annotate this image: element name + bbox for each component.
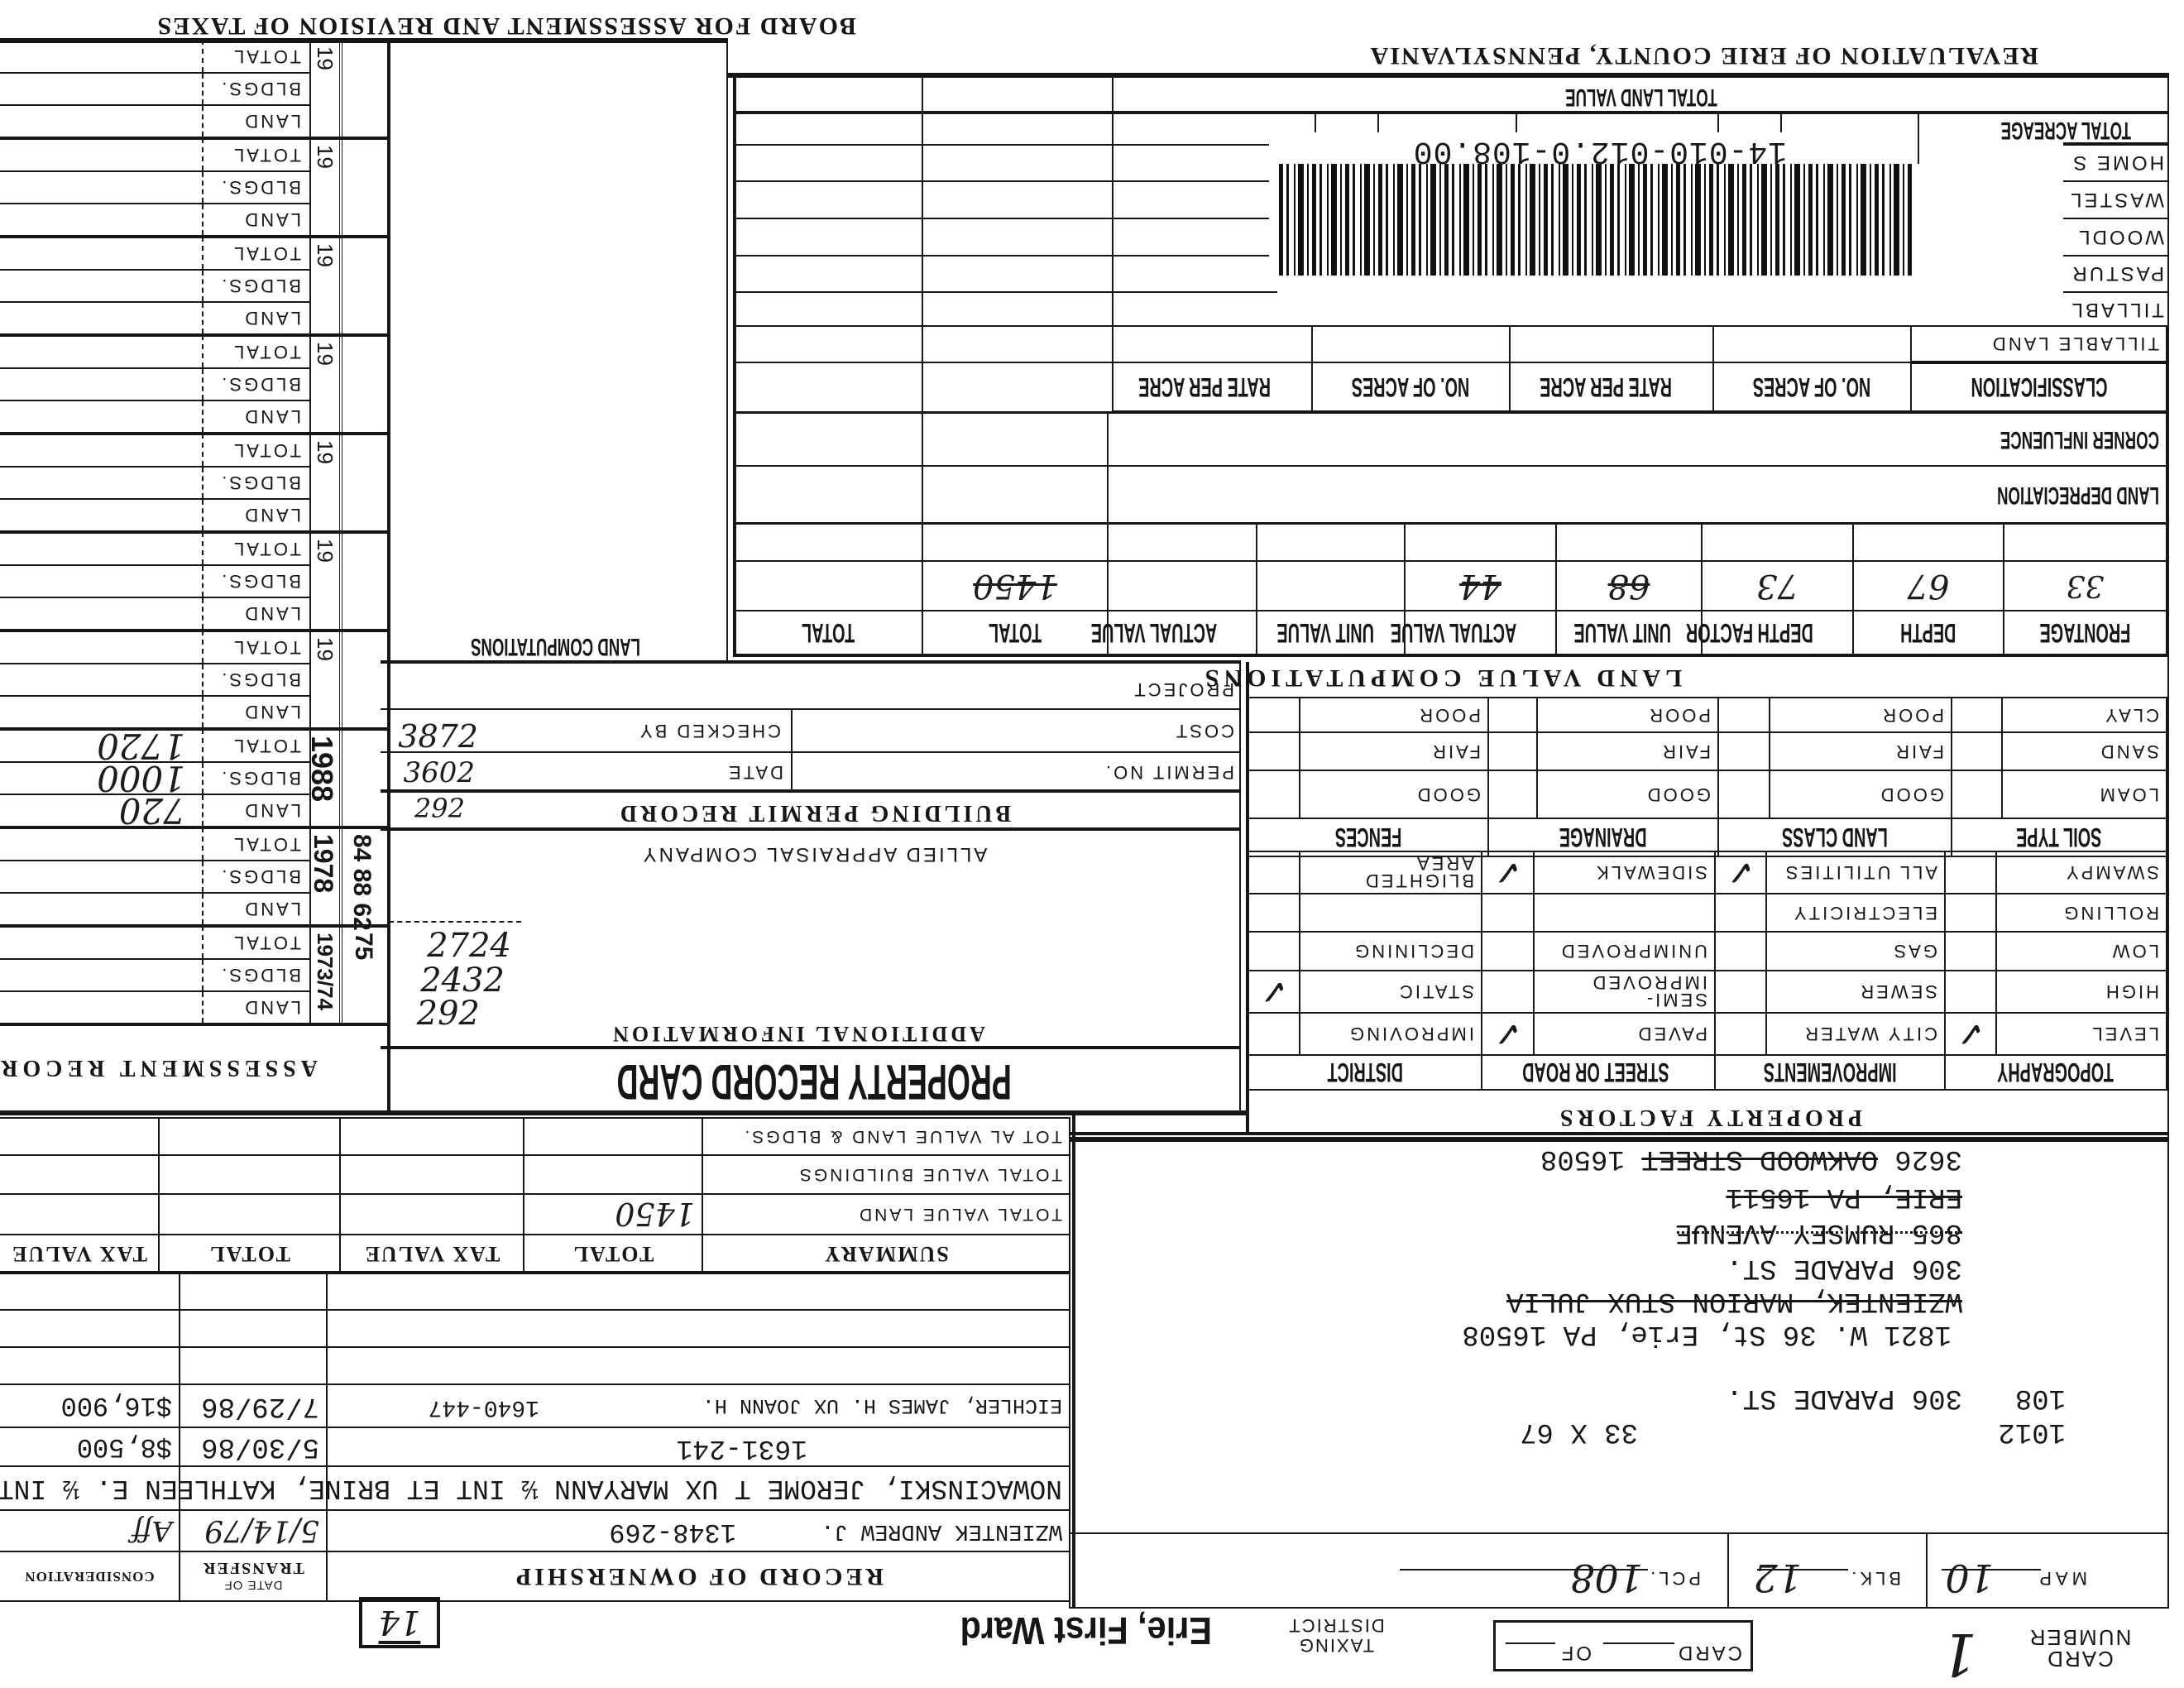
depth-factor-value: 73 xyxy=(1702,561,1853,611)
assessment-total-row: TOTAL xyxy=(0,532,309,564)
total-value: 1450 xyxy=(922,561,1108,611)
property-record-card-title: PROPERTY RECORD CARD xyxy=(387,1054,1241,1109)
assessment-stamp xyxy=(342,534,387,629)
land-class-box xyxy=(1718,770,1770,818)
checked-by-label: CHECKED BY xyxy=(638,720,781,741)
permit-no-label: PERMIT NO. xyxy=(1104,761,1234,783)
permit-note-text: 292 xyxy=(414,793,465,824)
card-number-value: 1 xyxy=(1940,1620,1977,1688)
unit-value-header: UNIT VALUE xyxy=(1257,611,1405,655)
assessment-year: 19 xyxy=(309,140,342,235)
acreage-label: HOME S xyxy=(2071,151,2164,174)
factor-label: IMPROVING xyxy=(1300,1013,1482,1055)
consideration xyxy=(0,1272,180,1310)
transfer-date xyxy=(180,1310,327,1347)
total-label: TOTAL xyxy=(202,729,309,761)
blank-cell xyxy=(734,413,922,466)
rule xyxy=(728,73,2169,78)
topography-header: TOPOGRAPHY xyxy=(1945,1055,2167,1090)
land-label: LAND xyxy=(202,401,309,432)
assessment-year-text: 19 xyxy=(313,145,338,169)
blk-label: BLK. xyxy=(1848,1567,1901,1589)
total-acreage-label-text: TOTAL ACREAGE xyxy=(2001,116,2131,144)
rule xyxy=(1069,1132,2169,1135)
summary-tax-value xyxy=(340,1118,524,1155)
assessment-total-row: TOTAL xyxy=(0,827,309,860)
total-value-2 xyxy=(734,561,922,611)
assessment-total-row: TOTAL xyxy=(0,335,309,367)
assessment-year: 19 xyxy=(309,238,342,333)
summary-label: TOTAL VALUE BUILDINGS xyxy=(702,1155,1070,1194)
land-computations-label-text: LAND COMPUTATIONS xyxy=(471,632,640,660)
blank-cell xyxy=(1405,523,1556,561)
pcl-value: 108 xyxy=(1570,1556,1643,1600)
frontage-header: FRONTAGE xyxy=(2004,611,2167,655)
blank-cell xyxy=(922,413,1108,466)
oakwood-zip: 16508 xyxy=(1540,1143,1625,1174)
transfer-date: 7/29/86 xyxy=(180,1384,327,1427)
unit-value-header-text: UNIT VALUE xyxy=(1276,617,1374,648)
corner-influence-row: CORNER INFLUENCE xyxy=(734,413,2167,466)
bldgs-label: BLDGS. xyxy=(202,861,309,892)
fences-box xyxy=(1248,770,1300,818)
assessment-year-text: 19 xyxy=(313,243,338,267)
consideration: $8,500 xyxy=(0,1427,180,1466)
factor-label: BLIGHTED AREA xyxy=(1300,851,1482,894)
actual-value-header-text: ACTUAL VALUE xyxy=(1391,617,1516,648)
rate-per-acre-header: RATE PER ACRE xyxy=(1510,362,1713,412)
blank-cell xyxy=(734,523,922,561)
land-value-data-row: 33 67 73 68 44 1450 xyxy=(734,561,2167,611)
summary-total xyxy=(524,1155,702,1194)
checked-by-note-text: 3872 xyxy=(398,718,478,755)
factor-label: SEMI-IMPROVED xyxy=(1534,971,1715,1013)
deed-book-page: 1640-447 xyxy=(429,1394,539,1420)
ward-box: 14 xyxy=(359,1597,440,1648)
rule xyxy=(2063,180,2167,182)
assessment-land-row: LAND xyxy=(0,400,309,432)
tax-value-header: TAX VALUE xyxy=(340,1235,524,1273)
card-number-label: CARD NUMBER xyxy=(2022,1627,2138,1670)
parcel-id: 14-010-012.0-108.00 xyxy=(1413,133,1787,169)
rule xyxy=(381,789,1241,793)
total-land-value-label-text: TOTAL LAND VALUE xyxy=(1565,83,1717,111)
assessment-year: 1988 xyxy=(309,731,342,826)
blank-cell xyxy=(734,362,922,412)
rule xyxy=(381,1046,1241,1049)
oakwood-number: 3626 xyxy=(1894,1143,1962,1174)
soil-type-header-text: SOIL TYPE xyxy=(2016,822,2101,853)
property-factors-row: ROLLING ELECTRICITY xyxy=(1248,894,2167,932)
assessment-year-text: 19 xyxy=(313,440,338,464)
consideration: Aff xyxy=(0,1510,180,1551)
check-mark-icon xyxy=(1248,932,1300,971)
summary-total xyxy=(524,1118,702,1155)
blank-cell xyxy=(1853,523,2004,561)
fences-label: FAIR xyxy=(1300,732,1488,770)
land-class-header-text: LAND CLASS xyxy=(1782,822,1888,853)
frontage-value: 33 xyxy=(2004,561,2167,611)
assessment-stamp xyxy=(342,140,387,235)
check-mark-icon xyxy=(1945,971,1996,1013)
tax-value-header: TAX VALUE xyxy=(0,1235,159,1273)
factor-label xyxy=(1300,894,1482,932)
assessment-bldgs-row: BLDGS. xyxy=(0,170,309,203)
bldgs-label: BLDGS. xyxy=(202,369,309,400)
rule xyxy=(381,708,1241,710)
rule xyxy=(1069,1137,2169,1142)
assessment-bldgs-row: BLDGS. xyxy=(0,466,309,498)
total-header-text: TOTAL xyxy=(989,617,1042,648)
owner-name: 1631-241 xyxy=(327,1427,1070,1466)
assessment-bldgs-row: BLDGS. xyxy=(0,269,309,301)
ownership-row xyxy=(0,1347,1070,1384)
assessment-group: 84 88 62 1978 LAND BLDGS. TOTAL xyxy=(0,829,387,928)
land-label: LAND xyxy=(202,598,309,629)
drainage-box xyxy=(1488,698,1537,732)
rate-per-acre-header-text: RATE PER ACRE xyxy=(1540,372,1672,402)
map-cell: MAP 10 xyxy=(1927,1533,2168,1608)
soil-type-header: SOIL TYPE xyxy=(1952,818,2167,856)
soil-table: SOIL TYPE LAND CLASS DRAINAGE FENCES LOA… xyxy=(1248,697,2167,857)
street-or-road-header: STREET OR ROAD xyxy=(1482,1055,1715,1090)
assessment-stamp xyxy=(342,731,387,826)
assessment-group: 19 LAND BLDGS. TOTAL xyxy=(0,238,387,337)
blank-cell xyxy=(1702,523,1853,561)
deed-book-page: 1631-241 xyxy=(677,1433,807,1464)
corner-influence-label: CORNER INFLUENCE xyxy=(1108,413,2167,466)
summary-tax-value-2 xyxy=(0,1118,159,1155)
drainage-box xyxy=(1488,770,1537,818)
blk-cell: BLK. 12 xyxy=(1728,1533,1927,1608)
land-label: LAND xyxy=(202,204,309,235)
property-factors-header-row: TOPOGRAPHY IMPROVEMENTS STREET OR ROAD D… xyxy=(1248,1055,2167,1090)
drainage-box xyxy=(1488,732,1537,770)
summary-tax-value xyxy=(340,1155,524,1194)
classification-table: CLASSIFICATION NO. OF ACRES RATE PER ACR… xyxy=(733,325,2167,414)
fences-header: FENCES xyxy=(1248,818,1488,856)
total-label: TOTAL xyxy=(202,631,309,663)
transfer-date xyxy=(180,1347,327,1384)
summary-row: TOT AL VALUE LAND & BLDGS. xyxy=(0,1118,1070,1155)
owner-name: WZIENTEK ANDREW J.1348-269 xyxy=(327,1510,1070,1551)
tillable-land-label: TILLABLE LAND xyxy=(1911,326,2167,362)
summary-tax-value-2 xyxy=(0,1155,159,1194)
total-value: 1720 xyxy=(97,726,185,766)
summary-label: TOTAL VALUE LAND xyxy=(702,1194,1070,1235)
rule xyxy=(2063,291,2167,293)
assessment-total-row: TOTAL xyxy=(0,926,309,958)
land-class-header: LAND CLASS xyxy=(1718,818,1952,856)
acreage-label: WASTEL xyxy=(2068,188,2164,211)
assessment-year: 19 xyxy=(309,435,342,530)
assessment-year: 19 xyxy=(309,632,342,727)
fences-label: POOR xyxy=(1300,698,1488,732)
of-label: OF xyxy=(1559,1641,1592,1664)
check-mark-icon: ✓ xyxy=(1945,1013,1996,1055)
assessment-total-row: TOTAL xyxy=(0,138,309,170)
total-acreage-label: TOTAL ACREAGE xyxy=(1921,116,2131,144)
classification-header: CLASSIFICATION xyxy=(1911,362,2167,412)
assessment-year-text: 19 xyxy=(313,46,338,70)
assessment-bldgs-row: BLDGS. xyxy=(0,367,309,400)
depth-header-text: DEPTH xyxy=(1900,617,1956,648)
fences-box xyxy=(1248,732,1300,770)
unit-value-2 xyxy=(1257,561,1405,611)
cost-label: COST xyxy=(1174,720,1234,741)
card-blank-line xyxy=(1603,1642,1674,1644)
assessment-land-row: LAND xyxy=(0,104,309,137)
rate-per-acre-header: RATE PER ACRE xyxy=(1113,362,1312,412)
check-mark-icon xyxy=(1715,971,1766,1013)
land-adjustments-table: LAND DEPRECIATION CORNER INFLUENCE xyxy=(733,412,2167,525)
summary-row: TOTAL VALUE LAND 1450 xyxy=(0,1194,1070,1235)
rule xyxy=(735,180,1277,182)
total-label: TOTAL xyxy=(202,138,309,170)
soil-row: LOAM GOOD GOOD GOOD xyxy=(1248,770,2167,818)
board-title: BOARD FOR ASSESSMENT AND REVISION OF TAX… xyxy=(156,12,856,40)
total-header: TOTAL xyxy=(734,611,922,655)
summary-label: TOT AL VALUE LAND & BLDGS. xyxy=(702,1118,1070,1155)
bldgs-label: BLDGS. xyxy=(202,664,309,695)
summary-table: SUMMARY TOTAL TAX VALUE TOTAL TAX VALUE … xyxy=(0,1117,1070,1274)
total-label: TOTAL xyxy=(202,237,309,269)
fences-label: GOOD xyxy=(1300,770,1488,818)
property-factors-row: LOW GAS UNIMPROVED DECLINING xyxy=(1248,932,2167,971)
factor-label xyxy=(1534,894,1715,932)
land-depreciation-row: LAND DEPRECIATION xyxy=(734,466,2167,524)
land-label: LAND xyxy=(202,500,309,530)
street-or-road-header-text: STREET OR ROAD xyxy=(1522,1057,1669,1088)
soil-box xyxy=(1952,698,2002,732)
checked-by-note: 3872 xyxy=(398,718,478,755)
assessment-stamp xyxy=(342,41,387,137)
ownership-row xyxy=(0,1272,1070,1310)
land-class-label: GOOD xyxy=(1770,770,1952,818)
property-factors-title: PROPERTY FACTORS xyxy=(1249,1104,2169,1130)
land-value-computations-title: LAND VALUE COMPUTATIONS xyxy=(713,664,2169,692)
blank-cell xyxy=(1713,326,1911,362)
rate-per-acre-header-text: RATE PER ACRE xyxy=(1138,372,1271,402)
assessment-land-row: LAND xyxy=(0,892,309,924)
rule xyxy=(735,144,1277,146)
unit-value-header: UNIT VALUE xyxy=(1556,611,1702,655)
assessment-group: 19 LAND BLDGS. TOTAL xyxy=(0,632,387,731)
factor-label: LEVEL xyxy=(1996,1013,2167,1055)
soil-header-row: SOIL TYPE LAND CLASS DRAINAGE FENCES xyxy=(1248,818,2167,856)
blank-cell xyxy=(922,326,1113,362)
factor-label: ALL UTILITIES xyxy=(1766,851,1945,894)
improvements-header-text: IMPROVEMENTS xyxy=(1764,1057,1897,1088)
land-label: LAND xyxy=(202,106,309,137)
assessment-stamp xyxy=(342,337,387,432)
consideration xyxy=(0,1347,180,1384)
of-blank-line xyxy=(1506,1642,1555,1644)
revaluation-title: REVALUATION OF ERIE COUNTY, PENNSYLVANIA xyxy=(1369,41,2038,70)
factor-label: UNIMPROVED xyxy=(1534,932,1715,971)
rule xyxy=(2167,78,2169,1609)
summary-total: 1450 xyxy=(524,1194,702,1235)
depth-value: 67 xyxy=(1853,561,2004,611)
blank-cell xyxy=(922,466,1108,524)
owner-name xyxy=(327,1347,1070,1384)
assessment-year: 19 xyxy=(309,337,342,432)
blank-cell xyxy=(2004,523,2167,561)
prior-address-line: 865 RUMSEY AVENUE xyxy=(1675,1217,1962,1247)
check-mark-icon xyxy=(1945,932,1996,971)
soil-label: SAND xyxy=(2002,732,2167,770)
assessment-group: 75 1973/74 LAND BLDGS. TOTAL xyxy=(0,928,387,1026)
actual-value-header: ACTUAL VALUE xyxy=(1108,611,1257,655)
consideration xyxy=(0,1310,180,1347)
land-label: LAND xyxy=(202,992,309,1023)
drainage-label: FAIR xyxy=(1537,732,1718,770)
depth-factor-header-text: DEPTH FACTOR xyxy=(1686,617,1813,648)
factor-label: PAVED xyxy=(1534,1013,1715,1055)
ownership-header-row: RECORD OF OWNERSHIP DATE OF TRANSFER CON… xyxy=(0,1551,1070,1601)
assessment-group: 19 LAND BLDGS. TOTAL xyxy=(0,337,387,435)
taxing-district-value: Erie, First Ward xyxy=(960,1609,1212,1653)
improvements-header: IMPROVEMENTS xyxy=(1715,1055,1945,1090)
additional-note-text: 2724 xyxy=(427,927,511,965)
additional-information-label: ADDITIONAL INFORMATION xyxy=(371,1021,1224,1046)
lot-number: 1012 xyxy=(1998,1417,2066,1446)
bldgs-label: BLDGS. xyxy=(202,74,309,104)
assessment-total-row: TOTAL xyxy=(0,434,309,466)
ownership-row xyxy=(0,1310,1070,1347)
bldgs-label: BLDGS. xyxy=(202,763,309,794)
no-of-acres-header: NO. OF ACRES xyxy=(1312,362,1510,412)
property-record-card-title-text: PROPERTY RECORD CARD xyxy=(616,1054,1011,1109)
rule xyxy=(1249,697,2169,698)
fences-header-text: FENCES xyxy=(1335,822,1401,853)
soil-box xyxy=(1952,770,2002,818)
ownership-row: NOWACINSKI, JEROME T UX MARYANN ½ INT ET… xyxy=(0,1466,1070,1510)
land-computations-label: LAND COMPUTATIONS xyxy=(366,632,640,660)
parcel-table: MAP 10 BLK. 12 PCL. 108 xyxy=(1069,1532,2169,1609)
mailing-address: 1821 W. 36 St, Erie, PA 16508 xyxy=(1462,1319,1952,1349)
date-of-label: DATE OF xyxy=(187,1576,319,1593)
depth-header: DEPTH xyxy=(1853,611,2004,655)
assessment-record-title: ASSESSMENT RECORD xyxy=(0,1054,318,1081)
ownership-title: RECORD OF OWNERSHIP xyxy=(327,1551,1070,1601)
permit-note: 292 xyxy=(414,793,465,824)
appraiser-name: ALLIED APPRAISAL COMPANY xyxy=(387,842,1241,866)
property-record-card-scan: CARD NUMBER 1 CARD OF TAXING DISTRICT Er… xyxy=(0,0,2184,1688)
drainage-label: POOR xyxy=(1537,698,1718,732)
summary-tax-value xyxy=(340,1194,524,1235)
assessment-bldgs-row: BLDGS. xyxy=(0,663,309,695)
factor-label: ROLLING xyxy=(1996,894,2167,932)
factor-label: GAS xyxy=(1766,932,1945,971)
blank-cell xyxy=(922,362,1113,412)
property-factors-row: LEVEL✓ CITY WATER PAVED✓ IMPROVING xyxy=(1248,1013,2167,1055)
assessment-year: 1978 xyxy=(309,829,342,924)
factor-label: SWAMPY xyxy=(1996,851,2167,894)
assessment-year-text: 1978 xyxy=(311,834,336,893)
land-label: LAND xyxy=(202,795,309,826)
additional-note-text: 292 xyxy=(417,995,480,1033)
check-mark-icon xyxy=(1715,1013,1766,1055)
blank-cell xyxy=(734,326,922,362)
total-header: TOTAL xyxy=(922,611,1108,655)
card-of-box: CARD OF xyxy=(1493,1620,1753,1671)
factor-label: SIDEWALK xyxy=(1534,851,1715,894)
total-header-text: TOTAL xyxy=(802,617,855,648)
soil-label: CLAY xyxy=(2002,698,2167,732)
actual-value: 44 xyxy=(1405,561,1556,611)
tillable-land-row: TILLABLE LAND xyxy=(734,326,2167,362)
land-value-blank-row xyxy=(734,523,2167,561)
actual-value-header-text: ACTUAL VALUE xyxy=(1091,617,1217,648)
date-label: DATE xyxy=(726,761,783,783)
classification-header-text: CLASSIFICATION xyxy=(1971,372,2107,403)
total-header: TOTAL xyxy=(524,1235,702,1273)
total-label: TOTAL xyxy=(202,926,309,958)
owner-name-text: WZIENTEK ANDREW J. xyxy=(821,1518,1062,1543)
oakwood-street: OAKWOOD STREET xyxy=(1641,1143,1878,1174)
total-label: TOTAL xyxy=(202,827,309,860)
land-class-label: FAIR xyxy=(1770,732,1952,770)
consideration-header: CONSIDERATION xyxy=(0,1551,180,1601)
district-header-text: DISTRICT xyxy=(1327,1057,1402,1088)
total-label: TOTAL xyxy=(202,434,309,466)
date-of-transfer-header: DATE OF TRANSFER xyxy=(180,1551,327,1601)
district-header: DISTRICT xyxy=(1248,1055,1482,1090)
ownership-row: EICHLER, JAMES H. UX JOANN H.1640-447 7/… xyxy=(0,1384,1070,1427)
prior-address-line: 306 PARADE ST. xyxy=(1726,1253,1962,1283)
assessment-group: 19 LAND BLDGS. TOTAL xyxy=(0,140,387,238)
blank-cell xyxy=(734,466,922,524)
blank-cell xyxy=(1108,523,1257,561)
rule xyxy=(1072,1112,1075,1609)
assessment-year-text: 1988 xyxy=(309,736,334,802)
total-header: TOTAL xyxy=(159,1235,340,1273)
check-mark-icon xyxy=(1715,894,1766,932)
check-mark-icon xyxy=(1248,894,1300,932)
assessment-land-row: LAND xyxy=(0,695,309,727)
oakwood-address-line: 3626 OAKWOOD STREET 16508 xyxy=(1540,1144,1962,1173)
owner-name-text: EICHLER, JAMES H. UX JOANN H. xyxy=(702,1394,1062,1418)
assessment-bldgs-row: BLDGS. xyxy=(0,72,309,104)
soil-label: LOAM xyxy=(2002,770,2167,818)
land-depreciation-label: LAND DEPRECIATION xyxy=(1108,466,2167,524)
acreage-label: PASTUR xyxy=(2070,261,2164,285)
assessment-year: 1973/74 xyxy=(309,928,342,1023)
assessment-total-row: TOTAL xyxy=(0,631,309,663)
prior-address-line: ERIE, PA 16511 xyxy=(1726,1182,1962,1211)
rule xyxy=(726,41,728,664)
bldgs-label: BLDGS. xyxy=(202,960,309,990)
blank-cell xyxy=(1510,326,1713,362)
assessment-year-text: 1973/74 xyxy=(313,933,338,1010)
rule xyxy=(735,111,2169,114)
actual-value-2 xyxy=(1108,561,1257,611)
check-mark-icon xyxy=(1482,971,1534,1013)
owner-name: EICHLER, JAMES H. UX JOANN H.1640-447 xyxy=(327,1384,1070,1427)
bldgs-label: BLDGS. xyxy=(202,172,309,203)
rule xyxy=(733,76,736,657)
assessment-land-row: LAND xyxy=(0,203,309,235)
assessment-stamp: 84 88 62 xyxy=(342,829,387,924)
date-note: 3602 xyxy=(403,756,475,789)
check-mark-icon xyxy=(1945,894,1996,932)
blank-cell xyxy=(1257,523,1405,561)
owner-name xyxy=(327,1272,1070,1310)
soil-row: CLAY POOR POOR POOR xyxy=(1248,698,2167,732)
total-label: TOTAL xyxy=(202,532,309,564)
factor-label: HIGH xyxy=(1996,971,2167,1013)
